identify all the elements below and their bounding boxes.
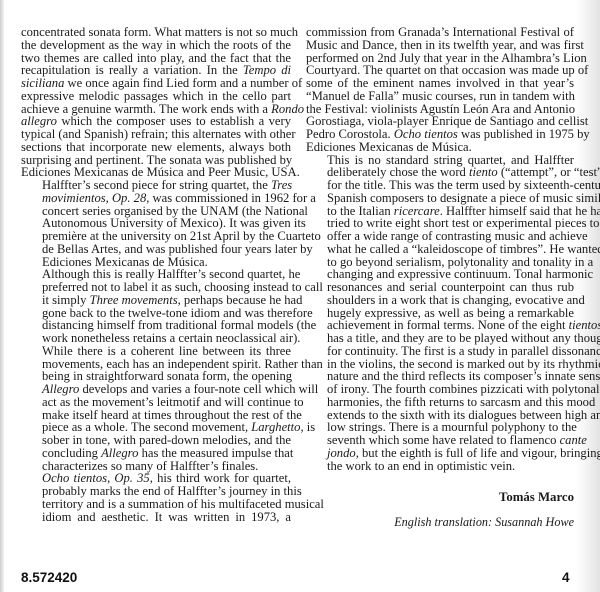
text-line: Allegro develops and varies a four-note …	[21, 383, 291, 396]
text-line: movimientos, Op. 28, was commissioned in…	[21, 192, 291, 205]
text-line: sections that incorporate new elements, …	[21, 141, 291, 154]
paragraph: Ocho tientos, Op. 35, his third work for…	[21, 472, 291, 523]
text-line: probably marks the end of Halffter’s jou…	[21, 485, 291, 498]
text-line: expressive melodic passages which in the…	[21, 90, 291, 103]
paragraph: Although this is really Halffter’s secon…	[21, 268, 291, 472]
text-line: some of the eminent names involved in th…	[306, 77, 574, 90]
text-line: While there is a coherent line between i…	[21, 345, 291, 358]
text-line: Spanish composers to designate a piece o…	[306, 192, 574, 205]
text-line: for the title. This was the term used by…	[306, 179, 574, 192]
page-number: 4	[562, 570, 570, 585]
text-line: première at the university on 21st April…	[21, 230, 291, 243]
text-line: typical (and Spanish) refrain; this alte…	[21, 128, 291, 141]
text-line: siciliana we once again find Lied form a…	[21, 77, 291, 90]
right-text-column: commission from Granada’s International …	[306, 26, 574, 472]
text-line: Music and Dance, then in its twelfth yea…	[306, 39, 574, 52]
text-line: has a title, and they are to be played w…	[306, 332, 574, 345]
paragraph: This is no standard string quartet, and …	[306, 154, 574, 473]
text-line: Pedro Corostola. Ocho tientos was publis…	[306, 128, 574, 141]
text-line: shoulders in a work that is changing, ev…	[306, 294, 574, 307]
left-text-column: concentrated sonata form. What matters i…	[21, 26, 291, 523]
text-line: harmonies, the fifth returns to sarcasm …	[306, 396, 574, 409]
text-line: for continuity. The first is a study in …	[306, 345, 574, 358]
text-line: “Manuel de Falla” music courses, run in …	[306, 90, 574, 103]
text-line: act as the movement’s leitmotif and will…	[21, 396, 291, 409]
text-line: de Bellas Artes, and was published four …	[21, 243, 291, 256]
page-edge-left	[0, 0, 4, 592]
catalogue-number: 8.572420	[21, 570, 77, 585]
paragraph: Halffter’s second piece for string quart…	[21, 179, 291, 268]
text-line: commission from Granada’s International …	[306, 26, 574, 39]
text-line: of irony. The fourth combines pizzicati …	[306, 383, 574, 396]
text-line: resonances and serial counterpoint can t…	[306, 281, 574, 294]
text-line: offer a wide range of contrasting music …	[306, 230, 574, 243]
paragraph: commission from Granada’s International …	[306, 26, 574, 154]
text-line: territory and is a summation of his mult…	[21, 498, 291, 511]
text-line: idiom and aesthetic. It was written in 1…	[21, 511, 291, 524]
paragraph: concentrated sonata form. What matters i…	[21, 26, 291, 179]
text-line: it simply Three movements, perhaps becau…	[21, 294, 291, 307]
text-line: concluding Allegro has the measured impu…	[21, 447, 291, 460]
translation-credit: English translation: Susannah Howe	[394, 515, 574, 530]
author-signature: Tomás Marco	[499, 490, 574, 505]
text-line: concentrated sonata form. What matters i…	[21, 26, 291, 39]
text-line: sober in tone, with pared-down melodies,…	[21, 434, 291, 447]
text-line: work nonetheless retains a certain neocl…	[21, 332, 291, 345]
text-line: the development as the way in which the …	[21, 39, 291, 52]
text-line: jondo, but the eighth is full of life an…	[306, 447, 574, 460]
text-line: Ediciones Mexicanas de Música.	[306, 141, 574, 154]
text-line: what he called a “kaleidoscope of timbre…	[306, 243, 574, 256]
text-line: the work to an end in optimistic vein.	[306, 460, 574, 473]
